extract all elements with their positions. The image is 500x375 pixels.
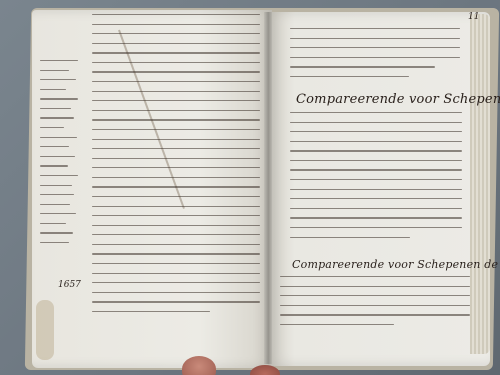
section-heading-2: Compareerende voor Schepenen de 6	[292, 258, 500, 271]
page-edges	[470, 14, 490, 354]
book-spine	[264, 12, 272, 364]
right-page-text-bottom	[280, 276, 470, 333]
right-page-text-top	[290, 28, 460, 85]
right-page-text-middle	[290, 112, 462, 246]
left-page-text	[92, 14, 260, 321]
folio-number: 11	[468, 12, 479, 22]
thumb	[182, 356, 216, 375]
water-stain	[36, 300, 54, 360]
left-margin-notes	[40, 60, 88, 300]
section-heading-1: Compareerende voor Schepenen	[296, 92, 500, 107]
margin-date: 1657	[58, 280, 81, 290]
